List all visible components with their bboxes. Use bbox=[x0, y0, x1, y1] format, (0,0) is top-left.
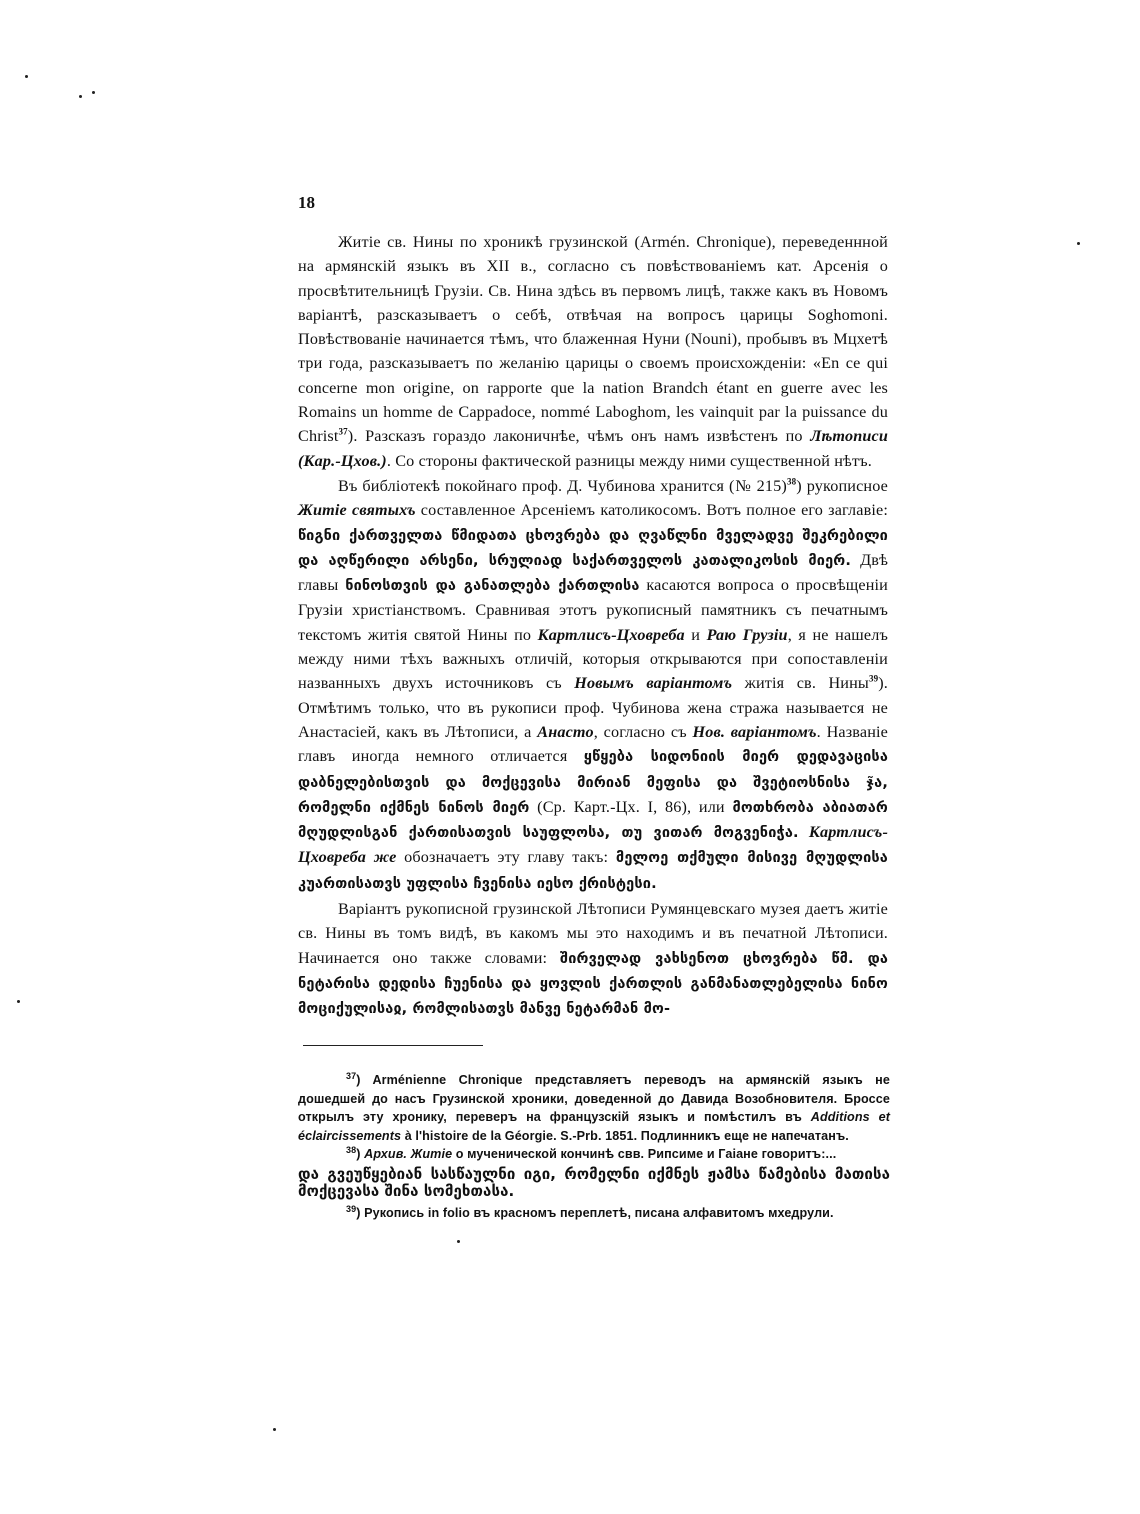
page-number: 18 bbox=[298, 193, 315, 213]
scan-speck bbox=[17, 1000, 20, 1003]
text-run: , согласно съ bbox=[594, 723, 693, 741]
scan-speck bbox=[273, 1428, 276, 1431]
paragraph: Въ библіотекѣ покойнаго проф. Д. Чубинов… bbox=[298, 474, 888, 896]
scan-speck bbox=[79, 95, 82, 98]
text-run: ). Разсказъ гораздо лаконичнѣе, чѣмъ онъ… bbox=[348, 427, 810, 445]
footnote-ref: 39 bbox=[869, 674, 878, 684]
text-run: ) рукописное bbox=[796, 477, 888, 495]
text-run: и bbox=[685, 626, 707, 644]
italic-title: Новымъ варіантомъ bbox=[574, 674, 732, 692]
footnote-ref: 37 bbox=[338, 427, 347, 437]
footnote-ref: 38 bbox=[787, 477, 796, 487]
text-run: житія св. Нины bbox=[732, 674, 869, 692]
text-run: Рукопись in folio въ красномъ переплетѣ,… bbox=[364, 1206, 834, 1220]
footnote-number: 38 bbox=[346, 1145, 356, 1155]
body-text: Житіе св. Нины по хроникѣ грузинской (Ar… bbox=[298, 230, 888, 1022]
italic-title: Житіе святыхъ bbox=[298, 501, 416, 519]
text-run: . Со стороны фактической разницы между н… bbox=[387, 452, 872, 470]
scan-speck bbox=[1077, 242, 1080, 245]
paragraph: Житіе св. Нины по хроникѣ грузинской (Ar… bbox=[298, 230, 888, 473]
text-run: составленное Арсеніемъ католикосомъ. Вот… bbox=[416, 501, 888, 519]
text-run: о мученической кончинѣ свв. Рипсиме и Га… bbox=[452, 1147, 836, 1161]
footnote-number: 39 bbox=[346, 1204, 356, 1214]
footnote-divider bbox=[303, 1045, 483, 1046]
text-run bbox=[799, 823, 809, 841]
text-run: Въ библіотекѣ покойнаго проф. Д. Чубинов… bbox=[338, 477, 787, 495]
footnote-number: 37 bbox=[346, 1071, 356, 1081]
footnotes: 37) Arménienne Chronique представляетъ п… bbox=[298, 1071, 890, 1223]
italic-title: Раю Грузіи bbox=[707, 626, 788, 644]
footnote: 38) Архив. Житіе о мученической кончинѣ … bbox=[298, 1145, 890, 1164]
italic-title: Анасто bbox=[537, 723, 593, 741]
text-run: (Ср. Карт.-Цх. I, 86), или bbox=[530, 798, 733, 816]
georgian-quote-block: და გვეუწყებიან სასწაულნი იგი, რომელნი იქ… bbox=[298, 1166, 890, 1200]
georgian-quote: ნინოსთვის და განათლება ქართლისა bbox=[345, 578, 639, 594]
footnote: 39) Рукопись in folio въ красномъ перепл… bbox=[298, 1204, 890, 1223]
text-run: à l'histoire de la Géorgie. S.-Prb. 1851… bbox=[401, 1129, 849, 1143]
italic-title: Архив. Житіе bbox=[364, 1147, 452, 1161]
text-run: Житіе св. Нины по хроникѣ грузинской (Ar… bbox=[298, 233, 888, 445]
footnote: 37) Arménienne Chronique представляетъ п… bbox=[298, 1071, 890, 1145]
italic-title: Картлисъ-Цховреба bbox=[538, 626, 685, 644]
scan-speck bbox=[92, 91, 95, 94]
paragraph: Варіантъ рукописной грузинской Лѣтописи … bbox=[298, 897, 888, 1021]
text-run: Arménienne Chronique представляетъ перев… bbox=[298, 1073, 890, 1124]
text-run: обозначаетъ эту главу такъ: bbox=[396, 848, 615, 866]
italic-title: Нов. варіантомъ bbox=[692, 723, 816, 741]
scan-speck bbox=[25, 75, 28, 78]
scan-speck bbox=[457, 1240, 460, 1243]
georgian-quote: წიგნი ქართველთა წმიდათა ცხოვრება და ღვაწ… bbox=[298, 528, 888, 569]
